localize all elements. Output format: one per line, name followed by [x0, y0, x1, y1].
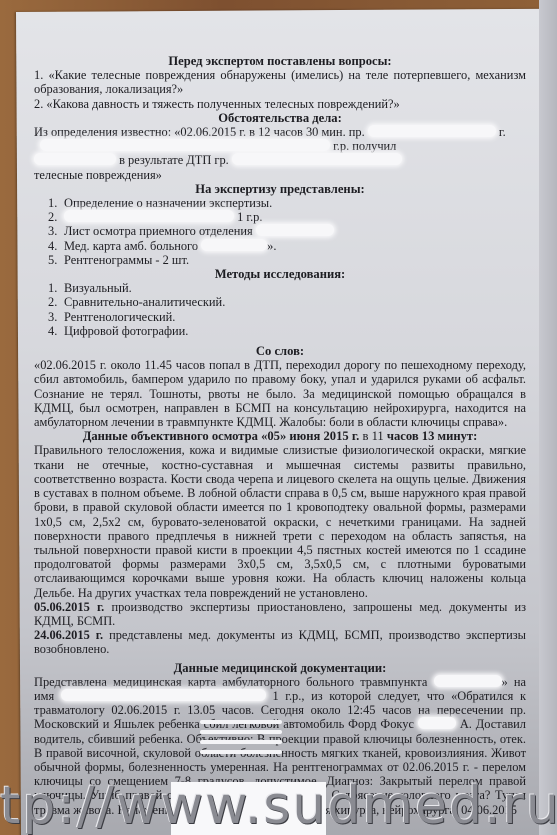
method-item: 2.Сравнительно-аналитический. — [34, 295, 526, 309]
method-item: 4.Цифровой фотографии. — [34, 324, 526, 338]
circumstances-part-b: г. — [499, 125, 506, 139]
entry-resumed: 24.06.2015 г. представлены мед. документ… — [34, 628, 526, 656]
circumstances-part-a: Из определения известно: «02.06.2015 г. … — [34, 125, 365, 139]
words-text: «02.06.2015 г. около 11.45 часов попал в… — [34, 358, 526, 429]
redaction — [418, 717, 456, 729]
redaction-scribble — [200, 720, 282, 770]
circumstances-part-e: телесные повреждения» — [34, 168, 162, 182]
redaction — [232, 153, 402, 165]
circumstances-part-c: г.р. получил — [333, 139, 396, 153]
heading-words: Со слов: — [34, 344, 526, 358]
redaction — [61, 689, 266, 701]
heading-circumstances: Обстоятельства дела: — [34, 111, 526, 125]
submitted-item: 5.Рентгенограммы - 2 шт. — [34, 253, 526, 267]
heading-med-docs: Данные медицинской документации: — [34, 661, 526, 675]
redaction — [434, 675, 502, 687]
redaction — [201, 239, 267, 251]
redaction — [64, 210, 234, 222]
redaction — [34, 153, 116, 165]
method-item: 1.Визуальный. — [34, 281, 526, 295]
submitted-item: 2. 1 г.р. — [34, 210, 526, 224]
watermark: tp://www.sudmed.ru — [0, 778, 557, 835]
heading-methods: Методы исследования: — [34, 267, 526, 281]
circumstances-text: Из определения известно: «02.06.2015 г. … — [34, 125, 526, 182]
heading-submitted: На экспертизу представлены: — [34, 182, 526, 196]
submitted-item: 1.Определение о назначении экспертизы. — [34, 196, 526, 210]
submitted-item: 3.Лист осмотра приемного отделения — [34, 224, 526, 238]
paper-edge — [539, 0, 557, 835]
entry-suspended: 05.06.2015 г. производство экспертизы пр… — [34, 600, 526, 628]
redaction — [368, 125, 496, 137]
method-item: 3.Рентгенологический. — [34, 310, 526, 324]
redaction — [40, 139, 330, 151]
question-1: 1. «Какие телесные повреждения обнаружен… — [34, 68, 526, 96]
heading-exam: Данные объективного осмотра «05» июня 20… — [34, 429, 526, 443]
submitted-item: 4.Мед. карта амб. больного ». — [34, 239, 526, 253]
question-2: 2. «Какова давность и тяжесть полученных… — [34, 97, 526, 111]
exam-text: Правильного телосложения, кожа и видимые… — [34, 443, 526, 599]
document-body: Перед экспертом поставлены вопросы: 1. «… — [34, 54, 526, 817]
redaction — [256, 224, 334, 236]
circumstances-part-d: в результате ДТП гр. — [119, 153, 229, 167]
heading-questions: Перед экспертом поставлены вопросы: — [34, 54, 526, 68]
